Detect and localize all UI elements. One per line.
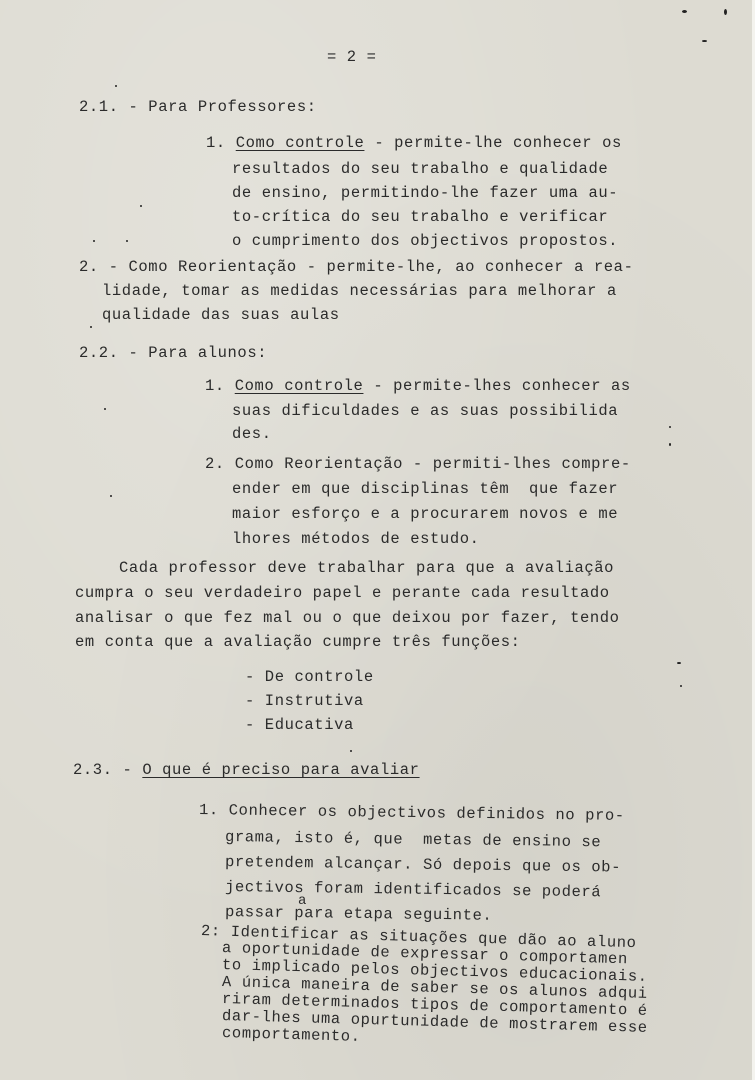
item-line: 2. Como Reorientação - permiti-lhes comp… (205, 457, 631, 473)
scan-speck (90, 326, 92, 328)
item-line: comportamento. (222, 1026, 361, 1045)
scan-speck (93, 240, 95, 242)
list-item: - Instrutiva (245, 694, 364, 710)
section-heading-2-3: 2.3. - O que é preciso para avaliar (73, 763, 420, 779)
list-item: - De controle (245, 670, 374, 686)
scan-speck (110, 495, 112, 497)
section-number: 2.3. - (73, 761, 142, 779)
item-line: lidade, tomar as medidas necessárias par… (102, 284, 617, 300)
item-line: 1. Conhecer os objectivos definidos no p… (199, 803, 625, 824)
item-term: Como controle (235, 377, 364, 395)
paragraph-line: em conta que a avaliação cumpre três fun… (75, 635, 521, 651)
list-item: - Educativa (245, 718, 354, 734)
item-line: to-crítica do seu trabalho e verificar (232, 210, 608, 226)
paragraph-line: Cada professor deve trabalhar para que a… (119, 561, 614, 577)
section-heading-2-2: 2.2. - Para alunos: (79, 346, 267, 362)
item-line: passar para etapa seguinte. (225, 905, 493, 924)
item-line: des. (232, 427, 272, 443)
scan-speck (702, 40, 707, 42)
item-line: 1. Como controle - permite-lhes conhecer… (205, 379, 631, 395)
paragraph-line: cumpra o seu verdadeiro papel e perante … (75, 586, 610, 602)
item-line: resultados do seu trabalho e qualidade (232, 162, 608, 178)
item-text: - permite-lhe conhecer os (364, 134, 621, 152)
item-line: ender em que disciplinas têm que fazer (232, 482, 618, 498)
section-heading-2-1: 2.1. - Para Professores: (79, 100, 317, 116)
scan-speck (682, 10, 687, 13)
scan-speck (126, 240, 128, 242)
scan-speck (104, 408, 106, 410)
scan-speck (115, 85, 117, 87)
item-text: - permite-lhes conhecer as (363, 377, 630, 395)
paragraph-line: analisar o que fez mal ou o que deixou p… (75, 611, 620, 627)
item-line: lhores métodos de estudo. (232, 532, 480, 548)
item-line: suas dificuldades e as suas possibilida (232, 404, 618, 420)
scan-speck (680, 685, 682, 687)
item-term: Como controle (236, 134, 365, 152)
item-line: 2. - Como Reorientação - permite-lhe, ao… (79, 260, 633, 276)
scan-speck (724, 9, 727, 15)
item-line: de ensino, permitindo-lhe fazer uma au- (232, 186, 618, 202)
item-line: qualidade das suas aulas (102, 308, 340, 324)
item-line: maior esforço e a procurarem novos e me (232, 507, 618, 523)
scanned-page: = 2 = 2.1. - Para Professores: 1. Como c… (0, 0, 755, 1080)
item-line: grama, isto é, que metas de ensino se (225, 830, 601, 851)
item-line: o cumprimento dos objectivos propostos. (232, 234, 618, 250)
scan-speck (669, 426, 671, 428)
item-number: 1. (205, 377, 225, 395)
scan-speck (350, 750, 352, 752)
section-title: O que é preciso para avaliar (142, 761, 419, 779)
page-number: = 2 = (327, 50, 377, 66)
scan-speck (677, 662, 681, 664)
scan-speck (140, 205, 142, 207)
item-line: pretendem alcançar. Só depois que os ob- (225, 855, 621, 876)
item-line: jectivos foram identificados se poderá (225, 880, 601, 901)
item-line: 1. Como controle - permite-lhe conhecer … (206, 136, 622, 152)
scan-speck (669, 443, 671, 446)
item-number: 1. (206, 134, 226, 152)
